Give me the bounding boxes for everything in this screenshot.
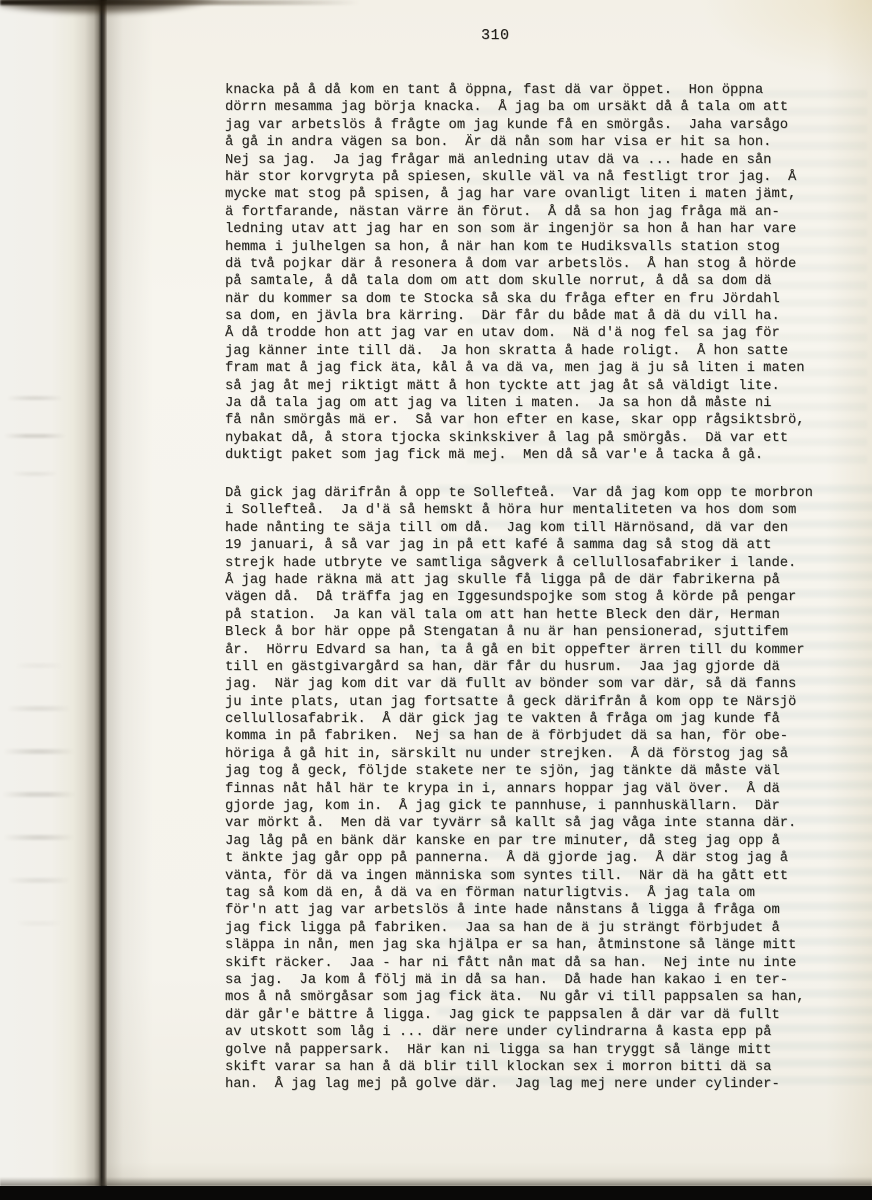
text-line: vänta, för dä va ingen människa som synt…	[225, 868, 813, 885]
paragraph-2: Då gick jag därifrån å opp te Sollefteå.…	[225, 485, 813, 1094]
text-line: Jag låg på en bänk där kanske en par tre…	[225, 833, 813, 850]
text-line: Å då trodde hon att jag var en utav dom.…	[225, 325, 805, 342]
text-line: mycke mat stog på spisen, å jag har vare…	[225, 186, 805, 203]
facing-page-edge	[0, 0, 101, 1186]
text-line: golve nå pappersark. Här kan ni ligga sa…	[225, 1042, 813, 1059]
book-scan: 310 knacka på å då kom en tant å öppna, …	[0, 0, 872, 1200]
text-line: Nej sa jag. Ja jag frågar mä anledning u…	[225, 152, 805, 169]
paragraph-1: knacka på å då kom en tant å öppna, fast…	[225, 82, 805, 465]
scan-edge-top	[0, 0, 360, 5]
print-through-marks	[2, 358, 68, 498]
text-line: dörrn mesamma jag börja knacka. Å jag ba…	[225, 99, 805, 116]
text-line: där går'e bättre å ligga. Jag gick te pa…	[225, 1007, 813, 1024]
text-line: strejk hade utbryte ve samtliga sågverk …	[225, 555, 813, 572]
text-line: ju inte plats, utan jag fortsatte å geck…	[225, 694, 813, 711]
text-line: skift räcker. Jaa - har ni fått nån mat …	[225, 955, 813, 972]
text-line: hade nånting te säja till om då. Jag kom…	[225, 520, 813, 537]
text-line: på samtale, å då tala dom om att dom sku…	[225, 273, 805, 290]
text-line: så jag åt mej riktigt mätt å hon tyckte …	[225, 378, 805, 395]
print-through-marks	[0, 620, 78, 965]
text-line: skift varar sa han å dä blir till klocka…	[225, 1059, 813, 1076]
text-line: i Sollefteå. Ja d'ä så hemskt å höra hur…	[225, 502, 813, 519]
text-line: år. Hörru Edvard sa han, ta å gå en bit …	[225, 642, 813, 659]
text-line: jag var arbetslös å frågte om jag kunde …	[225, 117, 805, 134]
text-line: släppa in nån, men jag ska hjälpa er sa …	[225, 937, 813, 954]
text-line: t änkte jag går opp på pannerna. Å dä gj…	[225, 850, 813, 867]
text-line: komma in på fabriken. Nej sa han de ä fö…	[225, 728, 813, 745]
text-line: hemma i julhelgen sa hon, å när han kom …	[225, 239, 805, 256]
text-line: tag så kom dä en, å dä va en förman natu…	[225, 885, 813, 902]
text-line: gjorde jag, kom in. Å jag gick te pannhu…	[225, 798, 813, 815]
text-line: jag känner inte till dä. Ja hon skratta …	[225, 343, 805, 360]
text-line: Å jag hade räkna mä att jag skulle få li…	[225, 572, 813, 589]
text-line: Bleck å bor här oppe på Stengatan å nu ä…	[225, 624, 813, 641]
text-line: höriga å gå hit in, särskilt nu under st…	[225, 746, 813, 763]
text-line: få nån smörgås mä er. Så var hon efter e…	[225, 412, 805, 429]
text-line: å gå in andra vägen sa bon. Är dä nån so…	[225, 134, 805, 151]
text-line: ä fortfarande, nästan värre än förut. Å …	[225, 204, 805, 221]
text-line: var mörkt å. Men dä var tyvärr så kallt …	[225, 815, 813, 832]
text-line: cellullosafabrik. Å där gick jag te vakt…	[225, 711, 813, 728]
text-line: av utskott som låg i ... där nere under …	[225, 1024, 813, 1041]
text-line: när du kommer sa dom te Stocka så ska du…	[225, 291, 805, 308]
page-bottom-edge-shadow	[0, 1177, 872, 1186]
text-line: på station. Ja kan väl tala om att han h…	[225, 607, 813, 624]
text-line: jag tog å geck, följde stakete ner te sj…	[225, 763, 813, 780]
text-line: han. Å jag lag mej på golve där. Jag lag…	[225, 1076, 813, 1093]
text-line: knacka på å då kom en tant å öppna, fast…	[225, 82, 805, 99]
text-line: Då gick jag därifrån å opp te Sollefteå.…	[225, 485, 813, 502]
text-line: ledning utav att jag har en son som är i…	[225, 221, 805, 238]
text-line: dä två pojkar där å resonera å dom var a…	[225, 256, 805, 273]
text-line: Ja då tala jag om att jag va liten i mat…	[225, 395, 805, 412]
page-number: 310	[481, 27, 510, 44]
book-page: 310 knacka på å då kom en tant å öppna, …	[107, 0, 872, 1186]
text-line: duktigt paket som jag fick mä mej. Men d…	[225, 447, 805, 464]
text-line: för'n att jag var arbetslös å inte hade …	[225, 902, 813, 919]
text-line: här stor korvgryta på spiesen, skulle vä…	[225, 169, 805, 186]
text-line: jag. När jag kom dit var dä fullt av bön…	[225, 676, 813, 693]
text-line: sa dom, en jävla bra kärring. Där får du…	[225, 308, 805, 325]
text-line: 19 januari, å så var jag in på ett kafé …	[225, 537, 813, 554]
text-line: mos å nå smörgåsar som jag fick äta. Nu …	[225, 989, 813, 1006]
text-line: sa jag. Ja kom å följ mä in då sa han. D…	[225, 972, 813, 989]
text-line: finnas nåt hål här te krypa in i, annars…	[225, 781, 813, 798]
text-line: vägen då. Då träffa jag en Iggesundspojk…	[225, 589, 813, 606]
text-line: jag fick ligga på fabriken. Jaa sa han d…	[225, 920, 813, 937]
text-line: fram mat å jag fick äta, kål å va dä va,…	[225, 360, 805, 377]
text-line: till en gästgivargård sa han, där får du…	[225, 659, 813, 676]
scan-edge-bottom	[0, 1186, 872, 1200]
text-line: nybakat då, å stora tjocka skinkskiver å…	[225, 430, 805, 447]
